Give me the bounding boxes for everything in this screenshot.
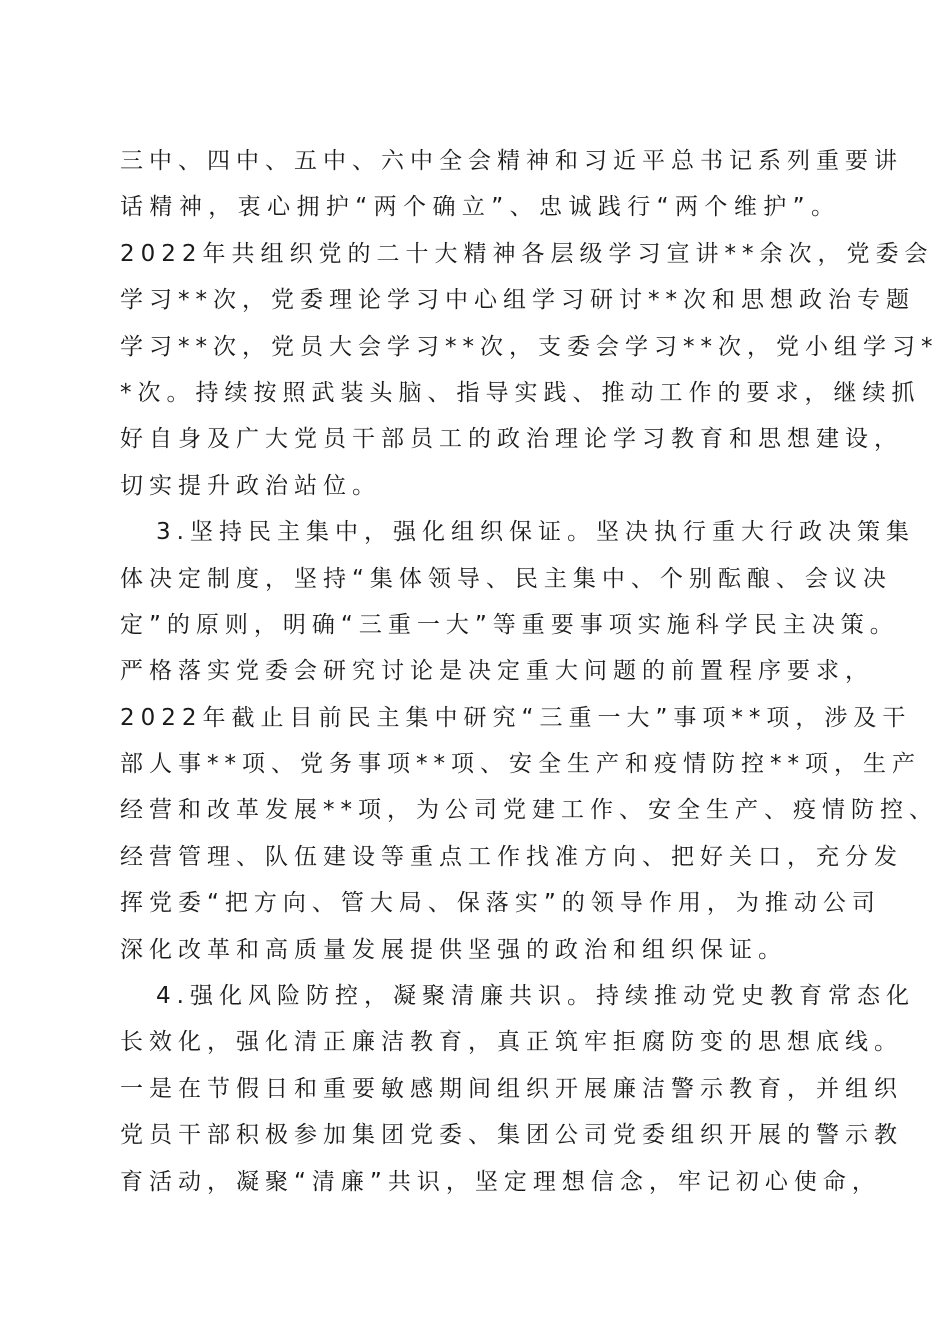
- paragraph-continuation: 三中、四中、五中、六中全会精神和习近平总书记系列重要讲 话精神，衷心拥护“两个确…: [120, 138, 840, 509]
- text-line: 挥党委“把方向、管大局、保落实”的领导作用，为推动公司: [120, 880, 840, 926]
- text-line: 话精神，衷心拥护“两个确立”、忠诚践行“两个维护”。: [120, 184, 840, 230]
- document-page: 三中、四中、五中、六中全会精神和习近平总书记系列重要讲 话精神，衷心拥护“两个确…: [120, 138, 840, 1205]
- text-line: 体决定制度，坚持“集体领导、民主集中、个别酝酿、会议决: [120, 556, 840, 602]
- text-line: 育活动，凝聚“清廉”共识，坚定理想信念，牢记初心使命，: [120, 1159, 840, 1205]
- paragraph-3-democratic-centralism: 3.坚持民主集中，强化组织保证。坚决执行重大行政决策集 体决定制度，坚持“集体领…: [120, 509, 840, 973]
- text-line: 2022年共组织党的二十大精神各层级学习宣讲**余次，党委会: [120, 231, 840, 277]
- text-line: 经营和改革发展**项，为公司党建工作、安全生产、疫情防控、: [120, 787, 840, 833]
- paragraph-4-risk-control: 4.强化风险防控，凝聚清廉共识。持续推动党史教育常态化 长效化，强化清正廉洁教育…: [120, 973, 840, 1205]
- text-line: 部人事**项、党务事项**项、安全生产和疫情防控**项，生产: [120, 741, 840, 787]
- text-line: 好自身及广大党员干部员工的政治理论学习教育和思想建设，: [120, 416, 840, 462]
- text-line: 一是在节假日和重要敏感期间组织开展廉洁警示教育，并组织: [120, 1066, 840, 1112]
- paragraph-heading-line: 3.坚持民主集中，强化组织保证。坚决执行重大行政决策集: [120, 509, 840, 555]
- paragraph-heading-line: 4.强化风险防控，凝聚清廉共识。持续推动党史教育常态化: [120, 973, 840, 1019]
- text-line: 学习**次，党委理论学习中心组学习研讨**次和思想政治专题: [120, 277, 840, 323]
- text-line: 定”的原则，明确“三重一大”等重要事项实施科学民主决策。: [120, 602, 840, 648]
- text-line: 深化改革和高质量发展提供坚强的政治和组织保证。: [120, 927, 840, 973]
- text-line: 经营管理、队伍建设等重点工作找准方向、把好关口，充分发: [120, 834, 840, 880]
- text-line: 2022年截止目前民主集中研究“三重一大”事项**项，涉及干: [120, 695, 840, 741]
- text-line: 党员干部积极参加集团党委、集团公司党委组织开展的警示教: [120, 1112, 840, 1158]
- text-line: *次。持续按照武装头脑、指导实践、推动工作的要求，继续抓: [120, 370, 840, 416]
- text-line: 切实提升政治站位。: [120, 463, 840, 509]
- text-line: 严格落实党委会研究讨论是决定重大问题的前置程序要求，: [120, 648, 840, 694]
- text-line: 三中、四中、五中、六中全会精神和习近平总书记系列重要讲: [120, 138, 840, 184]
- text-line: 长效化，强化清正廉洁教育，真正筑牢拒腐防变的思想底线。: [120, 1019, 840, 1065]
- text-line: 学习**次，党员大会学习**次，支委会学习**次，党小组学习*: [120, 324, 840, 370]
